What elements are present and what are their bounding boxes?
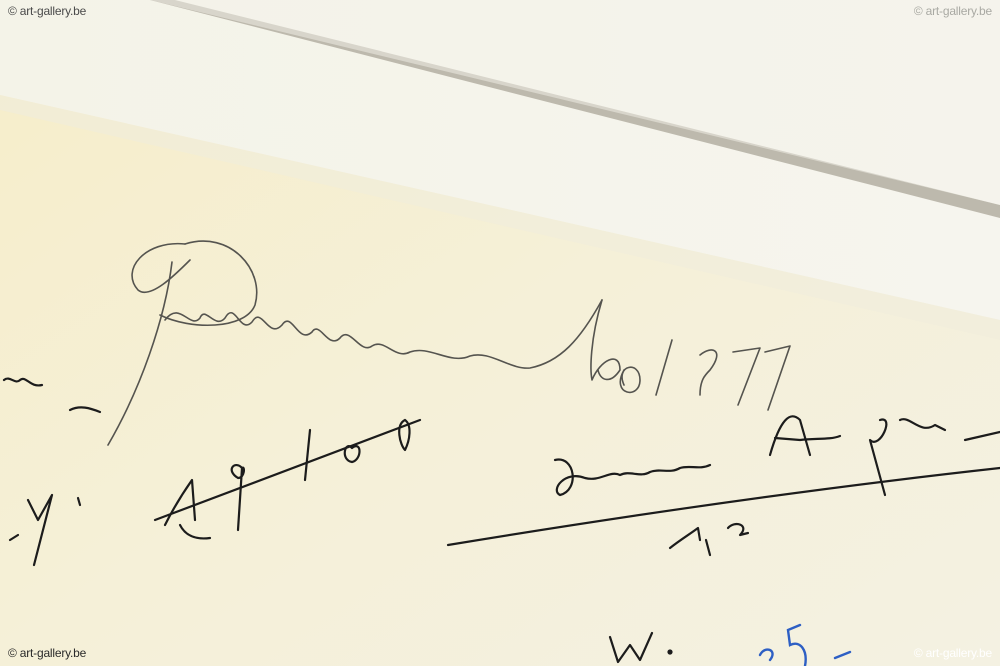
paper-and-mat	[0, 0, 1000, 666]
watermark-bottom-right: © art-gallery.be	[914, 646, 992, 660]
watermark-top-right: © art-gallery.be	[914, 4, 992, 18]
photo-scene: © art-gallery.be © art-gallery.be © art-…	[0, 0, 1000, 666]
watermark-top-left: © art-gallery.be	[8, 4, 86, 18]
watermark-bottom-left: © art-gallery.be	[8, 646, 86, 660]
